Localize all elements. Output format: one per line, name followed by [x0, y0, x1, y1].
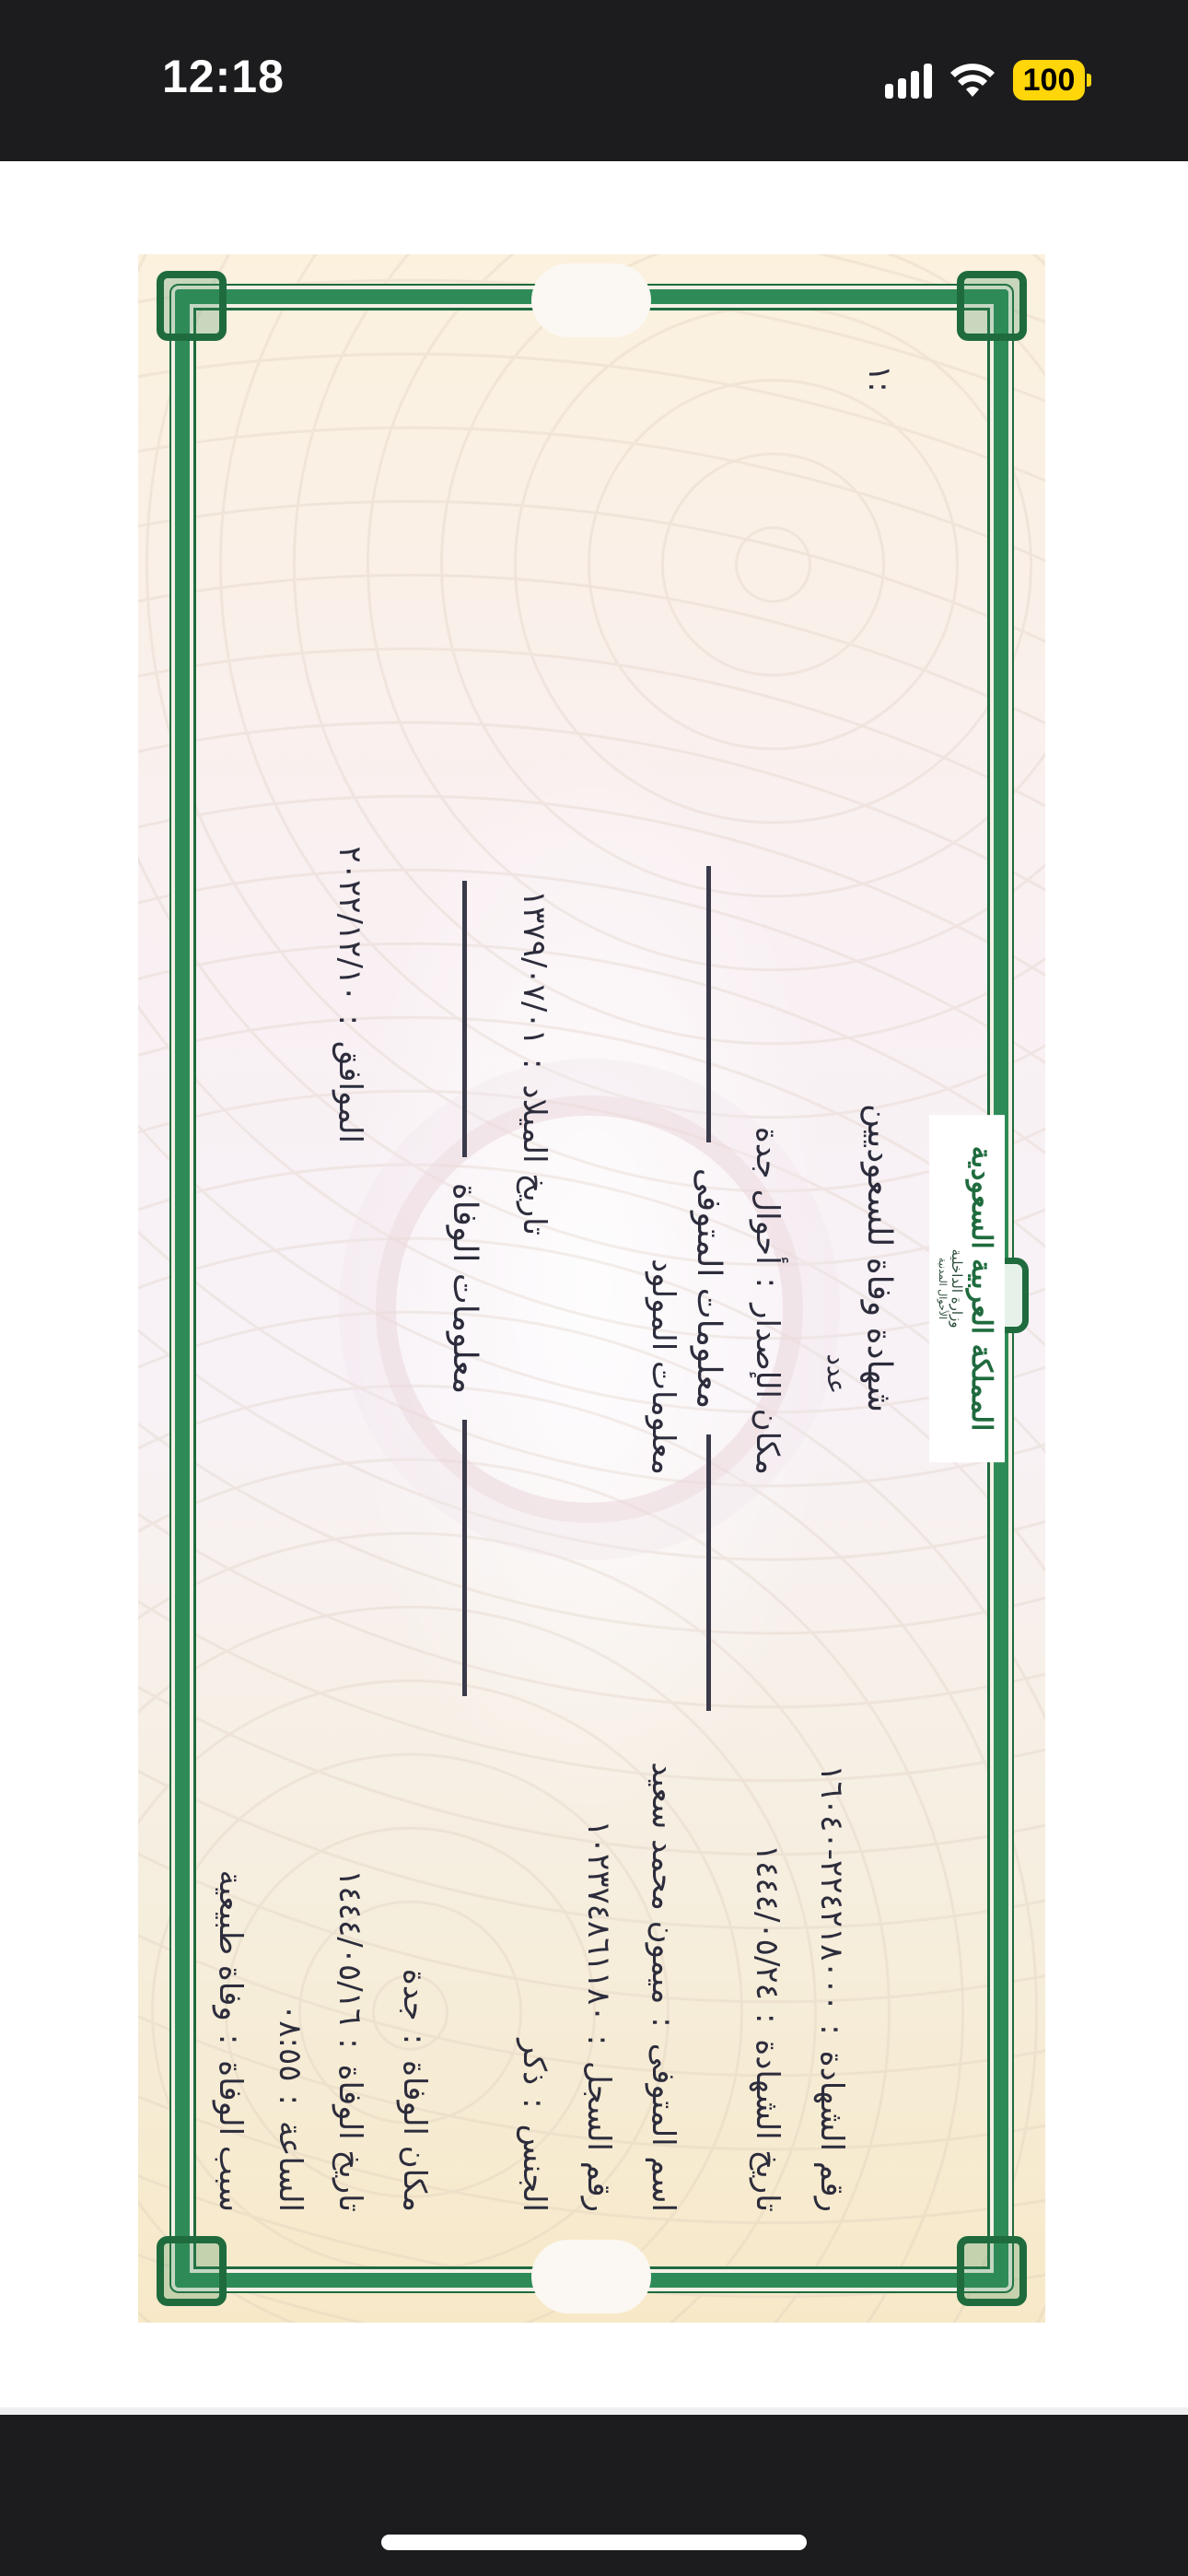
deceased-section-heading: معلومات المتوفى [690, 254, 728, 2323]
death-cause-line: سبب الوفاة:وفاة طبيعية [212, 1869, 249, 2211]
count-label: عدد [821, 1353, 852, 1394]
gender: ذكر [516, 2039, 553, 2085]
agency-name: الأحوال المدنية [937, 1145, 949, 1431]
deceased-name: ميمون محمد سعيد [645, 1762, 681, 2004]
status-bar: 12:18 100 [0, 0, 1188, 161]
corner-knot-icon [157, 271, 227, 341]
status-time: 12:18 [162, 50, 285, 103]
bottom-toolbar [0, 2415, 1188, 2576]
count-field: :١ [861, 365, 898, 392]
birth-date: ١٣٧٩/٠٧/٠١ [516, 889, 553, 1045]
certificate-title: شهادة وفاة للسعوديين [860, 1103, 898, 1411]
death-certificate-image[interactable]: المملكة العربية السعودية وزارة الداخلية … [138, 254, 1045, 2323]
certificate-date-line: تاريخ الشهادة:١٤٤٤/٠٥/٢٤ [749, 1844, 786, 2211]
wifi-icon [949, 62, 996, 99]
death-place-line: مكان الوفاة:جدة [396, 1968, 433, 2211]
death-section-heading: معلومات الوفاة [446, 254, 483, 2323]
home-indicator[interactable] [381, 2535, 807, 2550]
record-number: ١٠٢٣٧٤٨٦١١٨٠ [580, 1820, 617, 2021]
death-date-line: تاريخ الوفاة:١٤٤٤/٠٥/١٦ [332, 1869, 368, 2212]
issue-place: أحوال جدة [749, 1126, 786, 1264]
count-value: ١ [861, 365, 898, 381]
side-ornament [531, 2240, 651, 2313]
certificate-header: المملكة العربية السعودية وزارة الداخلية … [907, 254, 1045, 2323]
gregorian-date: ٢٠٢٢/١٢/١٠ [332, 846, 368, 1001]
issuer-logo: المملكة العربية السعودية وزارة الداخلية … [929, 1114, 1005, 1462]
signal-icon [885, 62, 932, 99]
certificate-number-line: رقم الشهادة:٢٢٤٢١٨٠٠٠-١٦٠٤٠ [813, 1764, 850, 2212]
certificate-number: ٢٢٤٢١٨٠٠٠-١٦٠٤٠ [813, 1764, 850, 2011]
deceased-name-line: اسم المتوفى:ميمون محمد سعيد [645, 1762, 681, 2212]
newborn-subheading: معلومات المولود [645, 1259, 681, 1475]
status-icons: 100 [885, 57, 1085, 103]
country-name: المملكة العربية السعودية [965, 1145, 997, 1431]
birth-date-line: تاريخ الميلاد:١٣٧٩/٠٧/٠١ [516, 889, 553, 1235]
death-cause: وفاة طبيعية [212, 1869, 249, 2020]
issue-place-line: مكان الإصدار:أحوال جدة [749, 1126, 786, 1474]
death-hour: ٠٨:٥٥ [272, 2004, 309, 2082]
ministry-name: وزارة الداخلية [949, 1145, 965, 1431]
corner-knot-icon [157, 2236, 227, 2306]
death-place: جدة [396, 1968, 433, 2020]
certificate-paper: المملكة العربية السعودية وزارة الداخلية … [138, 254, 1045, 2323]
battery-icon: 100 [1013, 60, 1085, 100]
death-date: ١٤٤٤/٠٥/١٦ [332, 1869, 368, 2025]
gender-line: الجنس:ذكر [516, 2039, 553, 2212]
death-hour-line: الساعة:٠٨:٥٥ [272, 2004, 309, 2212]
side-ornament [531, 263, 651, 337]
record-number-line: رقم السجل:١٠٢٣٧٤٨٦١١٨٠ [580, 1820, 617, 2212]
gregorian-date-line: الموافق:٢٠٢٢/١٢/١٠ [332, 846, 368, 1143]
certificate-date: ١٤٤٤/٠٥/٢٤ [749, 1844, 786, 1999]
toolbar-divider [0, 2407, 1188, 2415]
